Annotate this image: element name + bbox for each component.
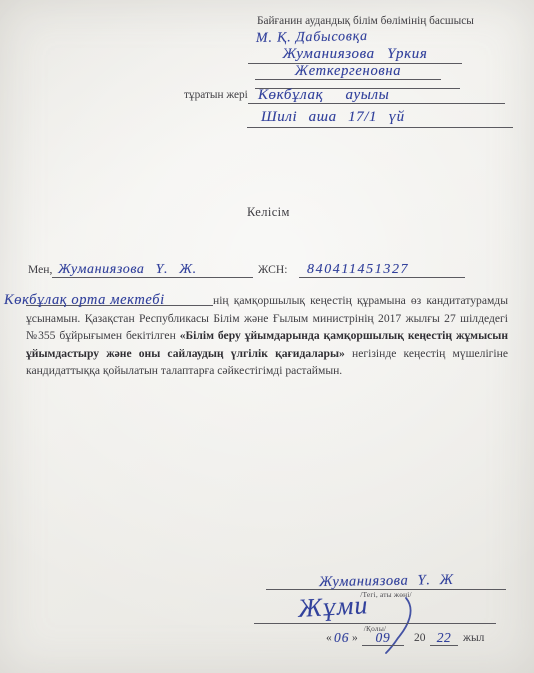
school-name-handwritten: Көкбұлақ орта мектебі — [4, 292, 165, 308]
iin-line: 840411451327 — [299, 260, 465, 278]
date-year-suffix: жыл — [463, 632, 484, 644]
applicant-patronymic-handwritten: Жеткергеновна — [295, 63, 401, 79]
date-month-handwritten: 09 — [375, 630, 390, 645]
address-line-2-handwritten: Шилі аша 17/1 үй — [247, 109, 405, 125]
declarant-name-handwritten: Жуманиязова Ү. Ж. — [52, 262, 197, 277]
declarant-name-line: Жуманиязова Ү. Ж. — [52, 260, 253, 278]
date-month-line: 09 — [362, 629, 404, 646]
document-title: Келісім — [247, 205, 290, 220]
signature-name-handwritten: Жуманиязова Ү. Ж — [319, 572, 454, 591]
address-line-2: Шилі аша 17/1 үй — [247, 108, 513, 128]
school-name-blank: Көкбұлақ орта мектебі — [26, 292, 213, 306]
applicant-name-handwritten: Жуманиязова Үркия — [283, 46, 428, 62]
iin-label: ЖСН: — [258, 263, 287, 276]
address-line-1-handwritten: Көкбұлақ ауылы — [248, 87, 389, 103]
date-open-quote: « — [326, 632, 332, 644]
document-page: Байғанин аудандық білім бөлімінің басшыс… — [0, 0, 534, 673]
date-year-handwritten: 22 — [437, 630, 452, 645]
body-paragraph: Көкбұлақ орта мектебінің қамқоршылық кең… — [26, 292, 508, 380]
date-day-handwritten: 06 — [334, 630, 350, 646]
applicant-patronymic-line: Жеткергеновна — [255, 62, 441, 80]
date-close-quote: » — [352, 632, 358, 644]
iin-handwritten: 840411451327 — [299, 262, 409, 277]
recipient-title: Байғанин аудандық білім бөлімінің басшыс… — [257, 15, 474, 27]
signature-name-line: Жуманиязова Ү. Ж — [266, 572, 506, 590]
address-label: тұратын жері — [184, 89, 248, 101]
signature-line — [254, 606, 496, 624]
date-year-prefix: 20 — [414, 632, 426, 644]
date-year-line: 22 — [430, 629, 458, 646]
address-line-1: Көкбұлақ ауылы — [248, 86, 505, 104]
men-label: Мен, — [28, 263, 52, 276]
